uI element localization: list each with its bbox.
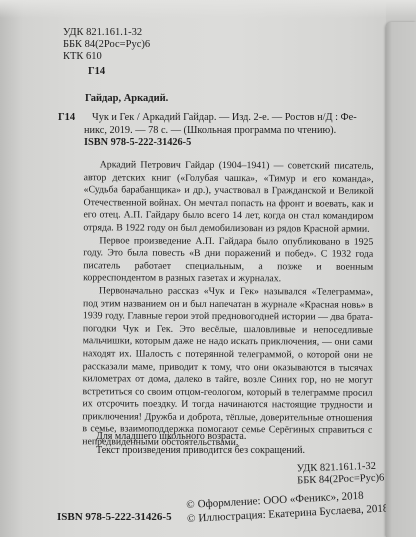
- classification-codes: УДК 821.161.1-32 ББК 84(2Рос=Рус)6 КТК 6…: [63, 27, 150, 63]
- annotation-paragraph: Аркадий Петрович Гайдар (1904–1941) — со…: [83, 159, 373, 236]
- bibliographic-line-2: никс, 2019. — 78 с. — (Школьная программ…: [84, 125, 374, 138]
- age-note: Для младшего школьного возраста.: [96, 430, 305, 444]
- author-heading: Гайдар, Аркадий.: [85, 93, 168, 104]
- copyright-icon: ©: [187, 513, 196, 525]
- footer-bbk-code: ББК 84(2Рос=Рус)6: [297, 472, 384, 487]
- annotation-paragraph: Первое произведение А.П. Гайдара было оп…: [83, 235, 373, 287]
- copyright-icon: ©: [186, 499, 195, 511]
- annotation-paragraph: Первоначально рассказ «Чук и Гек» называ…: [82, 285, 373, 450]
- annotation: Аркадий Петрович Гайдар (1904–1941) — со…: [82, 159, 374, 450]
- ktk-code: КТК 610: [63, 51, 150, 63]
- author-mark: Г14: [58, 112, 75, 123]
- reader-notes: Для младшего школьного возраста. Текст п…: [96, 430, 305, 457]
- copyright-block: ©Оформление: ООО «Феникс», 2018 ©Иллюстр…: [186, 487, 389, 526]
- footer-isbn: ISBN 978-5-222-31426-5: [57, 511, 172, 523]
- unabridged-note: Текст произведения приводится без сокращ…: [96, 444, 305, 458]
- book-page: УДК 821.161.1-32 ББК 84(2Рос=Рус)6 КТК 6…: [0, 0, 386, 537]
- bbk-code: ББК 84(2Рос=Рус)6: [63, 39, 150, 51]
- page-top-shade: [0, 0, 416, 18]
- udk-code: УДК 821.161.1-32: [63, 27, 150, 39]
- next-page-edge: [386, 22, 416, 537]
- bibliographic-record: Чук и Гек / Аркадий Гайдар. — Изд. 2-е. …: [84, 112, 374, 150]
- isbn: ISBN 978-5-222-31426-5: [84, 137, 374, 150]
- footer-classification-codes: УДК 821.161.1-32 ББК 84(2Рос=Рус)6: [297, 460, 385, 487]
- author-mark-small: Г14: [88, 66, 105, 77]
- bibliographic-line-1: Чук и Гек / Аркадий Гайдар. — Изд. 2-е. …: [84, 112, 374, 125]
